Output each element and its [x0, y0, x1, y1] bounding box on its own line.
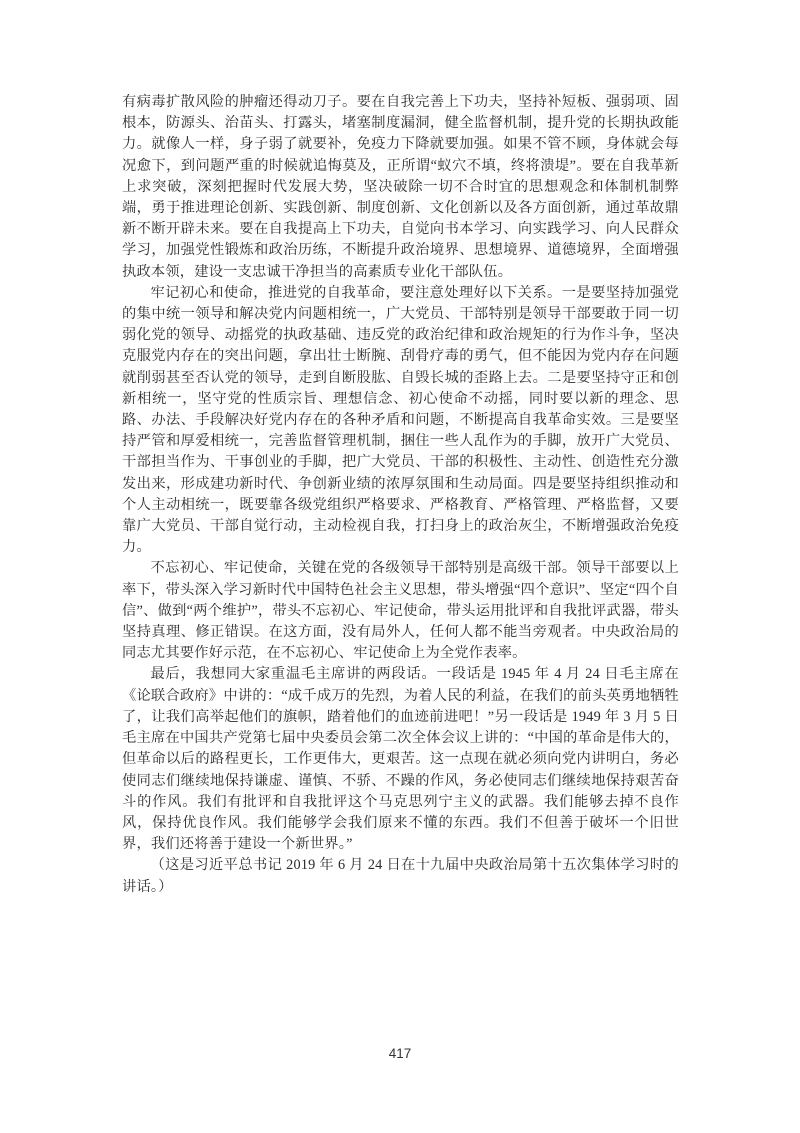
paragraph-source-note: （这是习近平总书记 2019 年 6 月 24 日在十九届中央政治局第十五次集体…	[122, 855, 679, 897]
page-number: 417	[0, 1046, 800, 1061]
document-page: 有病毒扩散风险的肿瘤还得动刀子。要在自我完善上下功夫，坚持补短板、强弱项、固根本…	[0, 0, 800, 1133]
paragraph-continuation: 有病毒扩散风险的肿瘤还得动刀子。要在自我完善上下功夫，坚持补短板、强弱项、固根本…	[122, 92, 679, 283]
paragraph: 不忘初心、牢记使命，关键在党的各级领导干部特别是高级干部。领导干部要以上率下，带…	[122, 558, 679, 664]
paragraph: 最后，我想同大家重温毛主席讲的两段话。一段话是 1945 年 4 月 24 日毛…	[122, 664, 679, 855]
page-body-text: 有病毒扩散风险的肿瘤还得动刀子。要在自我完善上下功夫，坚持补短板、强弱项、固根本…	[122, 92, 679, 898]
paragraph: 牢记初心和使命，推进党的自我革命，要注意处理好以下关系。一是要坚持加强党的集中统…	[122, 283, 679, 559]
